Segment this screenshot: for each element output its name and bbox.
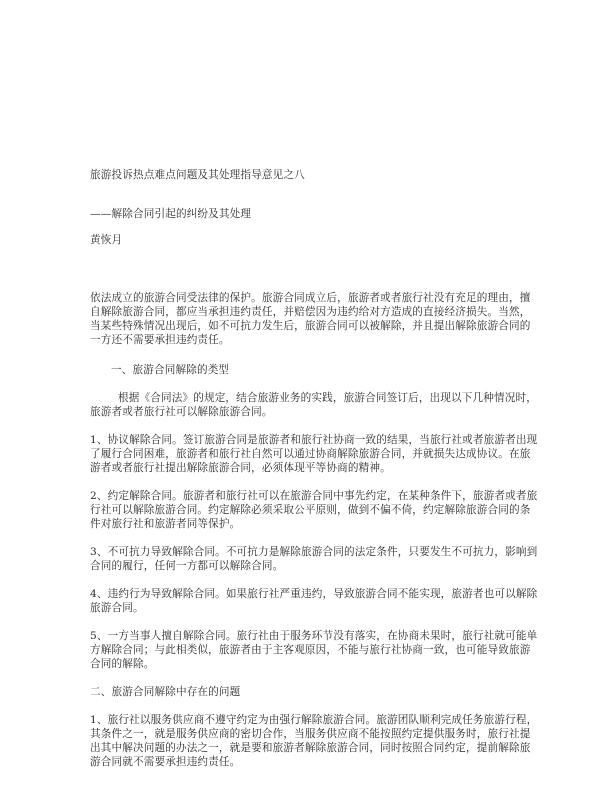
document-author: 黄恢月 [90, 234, 122, 247]
item-2-line: 2、约定解除合同。旅游者和旅行社可以在旅游合同中事先约定，在某种条件下，旅游者或… [90, 490, 537, 503]
section2-item-1-line: 出其中解决问题的办法之一，就是要和旅游者解除旅游合同，同时按照合同约定，提前解除… [90, 742, 531, 755]
item-1-line: 1、协议解除合同。签订旅游合同是旅游者和旅行社协商一致的结果，当旅行社或者旅游者… [90, 434, 537, 447]
section2-item-1-line: 1、旅行社以服务供应商不遵守约定为由强行解除旅游合同。旅游团队顺利完成任务旅游行… [90, 714, 537, 727]
section2-item-1-line: 其条件之一，就是服务供应商的密切合作，当服务供应商不能按照约定提供服务时，旅行社… [90, 728, 531, 741]
item-1-line: 了履行合同困难，旅游者和旅行社自然可以通过协商解除旅游合同，并就损失达成协议。在… [90, 448, 531, 461]
document-subtitle: ——解除合同引起的纠纷及其处理 [90, 208, 251, 221]
intro-line: 自解除旅游合同，都应当承担违约责任，并赔偿因为违约给对方造成的直接经济损失。当然… [90, 306, 531, 319]
item-5-line: 5、一方当事人擅自解除合同。旅行社由于服务环节没有落实，在协商未果时，旅行社就可… [90, 630, 537, 643]
intro-line: 当某些特殊情况出现后，如不可抗力发生后，旅游合同可以被解除，并且提出解除旅游合同… [90, 320, 531, 333]
document-page: 旅游投诉热点难点问题及其处理指导意见之八 ——解除合同引起的纠纷及其处理 黄恢月… [0, 0, 612, 792]
item-4-line: 旅游合同。 [90, 602, 144, 615]
document-title: 旅游投诉热点难点问题及其处理指导意见之八 [90, 169, 305, 182]
item-2-line: 件对旅行社和旅游者同等保护。 [90, 518, 240, 531]
section1-intro-line: 旅游者或者旅行社可以解除旅游合同。 [90, 406, 273, 419]
section2-item-1-line: 游合同就不需要承担违约责任。 [90, 756, 240, 769]
section-heading-2: 二、旅游合同解除中存在的问题 [90, 686, 240, 699]
item-3-line: 合同的履行，任何一方都可以解除合同。 [90, 560, 283, 573]
section-heading-1: 一、旅游合同解除的类型 [111, 364, 229, 377]
intro-line: 一方还不需要承担违约责任。 [90, 334, 230, 347]
item-5-line: 方解除合同；与此相类似，旅游者由于主客观原因，不能与旅行社协商一致，也可能导致旅… [90, 644, 531, 657]
item-1-line: 游者或者旅行社提出解除旅游合同，必须体现平等协商的精神。 [90, 462, 391, 475]
intro-line: 依法成立的旅游合同受法律的保护。旅游合同成立后，旅游者或者旅行社没有充足的理由，… [90, 292, 531, 305]
item-2-line: 行社可以解除旅游合同。约定解除必须采取公平原则，做到不偏不倚，约定解除旅游合同的… [90, 504, 531, 517]
section1-intro-line: 根据《合同法》的规定，结合旅游业务的实践，旅游合同签订后，出现以下几种情况时， [118, 392, 537, 405]
item-3-line: 3、不可抗力导致解除合同。不可抗力是解除旅游合同的法定条件，只要发生不可抗力，影… [90, 546, 537, 559]
item-5-line: 合同的解除。 [90, 658, 154, 671]
item-4-line: 4、违约行为导致解除合同。如果旅行社严重违约，导致旅游合同不能实现，旅游者也可以… [90, 588, 537, 601]
